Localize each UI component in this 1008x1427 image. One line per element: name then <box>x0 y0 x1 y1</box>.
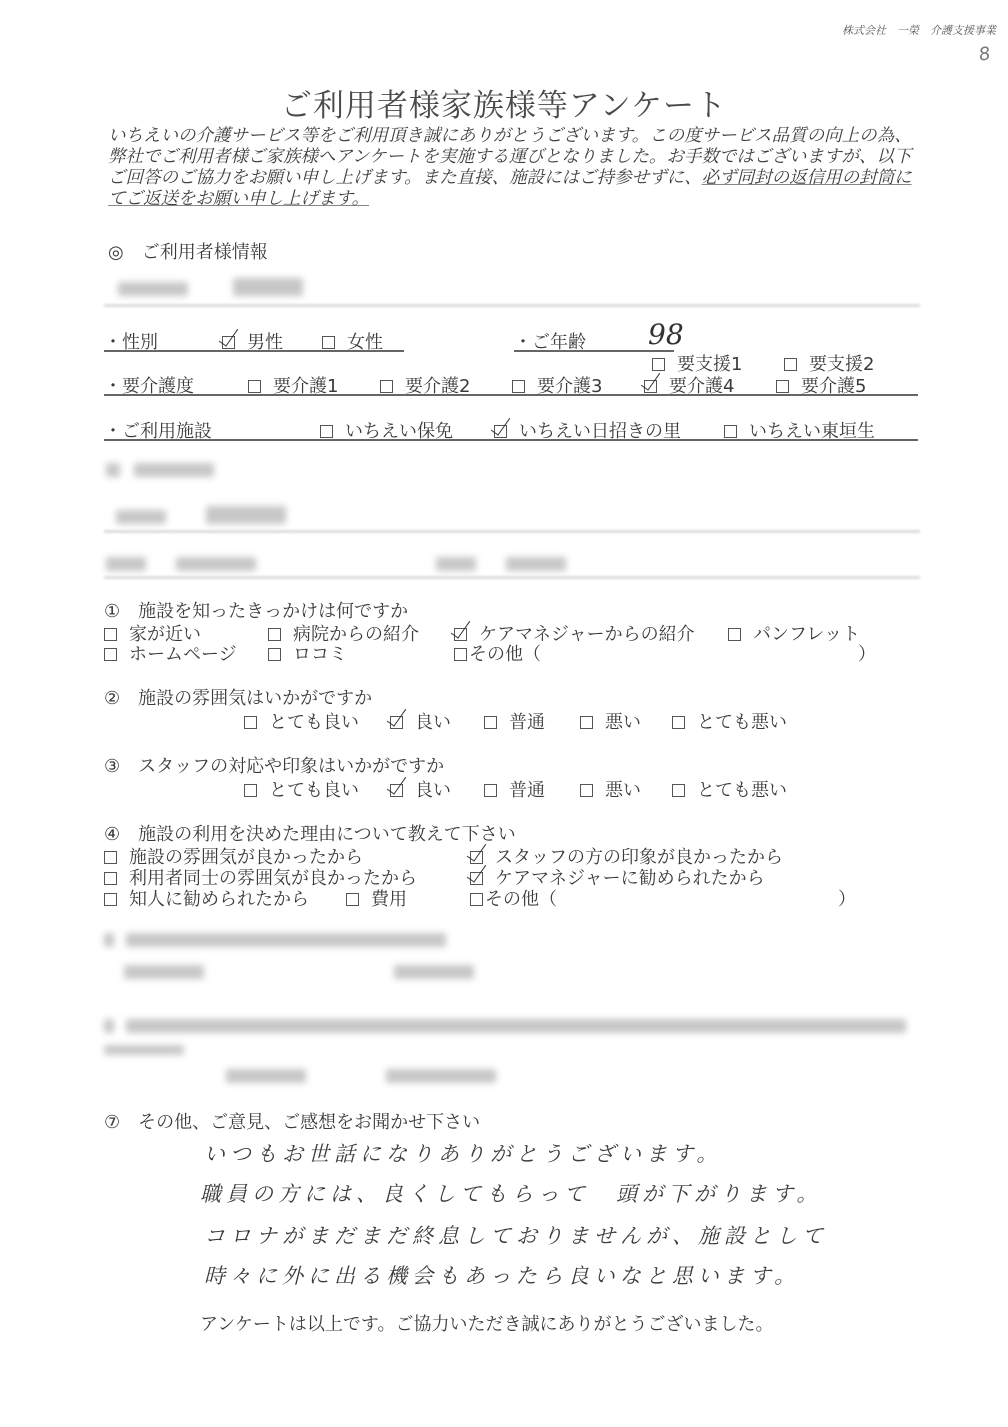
age-value[interactable]: 98 <box>648 318 684 351</box>
q3-very-bad-checkbox[interactable] <box>672 784 685 797</box>
q3-option-very-good[interactable]: とても良い <box>244 776 359 802</box>
q2-title: ② 施設の雰囲気はいかがですか <box>104 684 372 710</box>
q2-normal-checkbox[interactable] <box>484 716 497 729</box>
facility-hoben-checkbox[interactable] <box>320 425 333 438</box>
company-name: 株式会社 一榮 介護支援事業 <box>842 22 996 38</box>
q2-option-very-bad[interactable]: とても悪い <box>672 708 787 734</box>
q1-option-pamphlet[interactable]: パンフレット <box>728 620 860 646</box>
care-level-5-checkbox[interactable] <box>776 380 789 393</box>
redacted-name-row <box>118 278 303 300</box>
male-checkbox[interactable] <box>222 336 235 349</box>
q1-other-close-paren: ） <box>858 640 876 666</box>
q3-option-very-bad[interactable]: とても悪い <box>672 776 787 802</box>
redacted-q5 <box>104 932 446 951</box>
q2-good-checkbox[interactable] <box>390 716 403 729</box>
q7-title: ⑦ その他、ご意見、ご感想をお聞かせ下さい <box>104 1108 480 1134</box>
q4-option-cost[interactable]: 費用 <box>346 885 407 911</box>
q1-option-homepage[interactable]: ホームページ <box>104 640 237 666</box>
redacted-section-heading <box>106 462 214 481</box>
redacted-q6-options <box>226 1068 496 1087</box>
facility-himaneki-checkbox[interactable] <box>494 425 507 438</box>
q3-title: ③ スタッフの対応や印象はいかがですか <box>104 752 444 778</box>
q4-care-manager-checkbox[interactable] <box>470 872 483 885</box>
q2-option-normal[interactable]: 普通 <box>484 708 545 734</box>
q4-other-checkbox[interactable] <box>470 893 483 906</box>
q4-other-close-paren: ） <box>838 885 856 911</box>
q2-option-very-good[interactable]: とても良い <box>244 708 359 734</box>
q4-cost-checkbox[interactable] <box>346 893 359 906</box>
q4-atmosphere-checkbox[interactable] <box>104 851 117 864</box>
redacted-q6-cont <box>104 1040 184 1059</box>
q1-option-other[interactable]: その他（ <box>454 640 541 666</box>
q4-option-other[interactable]: その他（ <box>470 885 557 911</box>
q2-very-bad-checkbox[interactable] <box>672 716 685 729</box>
q2-option-good[interactable]: 良い <box>390 708 451 734</box>
survey-title: ご利用者様家族様等アンケート <box>0 80 1008 125</box>
q2-very-good-checkbox[interactable] <box>244 716 257 729</box>
q4-users-atmosphere-checkbox[interactable] <box>104 872 117 885</box>
care-level-2-checkbox[interactable] <box>380 380 393 393</box>
q1-word-of-mouth-checkbox[interactable] <box>268 648 281 661</box>
q1-pamphlet-checkbox[interactable] <box>728 628 741 641</box>
intro-paragraph: いちえいの介護サービス等をご利用頂き誠にありがとうございます。この度サービス品質… <box>108 126 920 210</box>
care-level-3-checkbox[interactable] <box>512 380 525 393</box>
q3-option-normal[interactable]: 普通 <box>484 776 545 802</box>
q3-very-good-checkbox[interactable] <box>244 784 257 797</box>
q1-other-checkbox[interactable] <box>454 648 467 661</box>
q2-bad-checkbox[interactable] <box>580 716 593 729</box>
q3-option-good[interactable]: 良い <box>390 776 451 802</box>
q3-bad-checkbox[interactable] <box>580 784 593 797</box>
q3-normal-checkbox[interactable] <box>484 784 497 797</box>
q3-good-checkbox[interactable] <box>390 784 403 797</box>
q1-option-word-of-mouth[interactable]: ロコミ <box>268 640 347 666</box>
care-level-4-checkbox[interactable] <box>644 380 657 393</box>
q7-answer-line-4[interactable]: 時々に外に出る機会もあったら良いなと思います。 <box>204 1260 800 1290</box>
redacted-contact-row <box>106 556 566 575</box>
q7-answer-line-1[interactable]: いつもお世話になりありがとうございます。 <box>204 1138 722 1168</box>
closing-message: アンケートは以上です。ご協力いただき誠にありがとうございました。 <box>200 1310 773 1336</box>
redacted-q6 <box>104 1018 906 1037</box>
redacted-family-name <box>116 506 286 528</box>
user-info-heading: ◎ ご利用者様情報 <box>108 238 268 264</box>
support-level-2-checkbox[interactable] <box>784 358 797 371</box>
female-checkbox[interactable] <box>322 336 335 349</box>
page-mark: 8 <box>977 43 992 66</box>
q4-acquaintance-checkbox[interactable] <box>104 893 117 906</box>
facility-higashihabu-checkbox[interactable] <box>724 425 737 438</box>
q2-option-bad[interactable]: 悪い <box>580 708 641 734</box>
care-level-1-checkbox[interactable] <box>248 380 261 393</box>
q4-option-acquaintance[interactable]: 知人に勧められたから <box>104 885 309 911</box>
redacted-q5-options <box>124 964 474 983</box>
q7-answer-line-2[interactable]: 職員の方には、良くしてもらって 頭が下がります。 <box>200 1178 822 1208</box>
q7-answer-line-3[interactable]: コロナがまだまだ終息しておりませんが、施設として <box>204 1220 828 1250</box>
q3-option-bad[interactable]: 悪い <box>580 776 641 802</box>
q1-homepage-checkbox[interactable] <box>104 648 117 661</box>
